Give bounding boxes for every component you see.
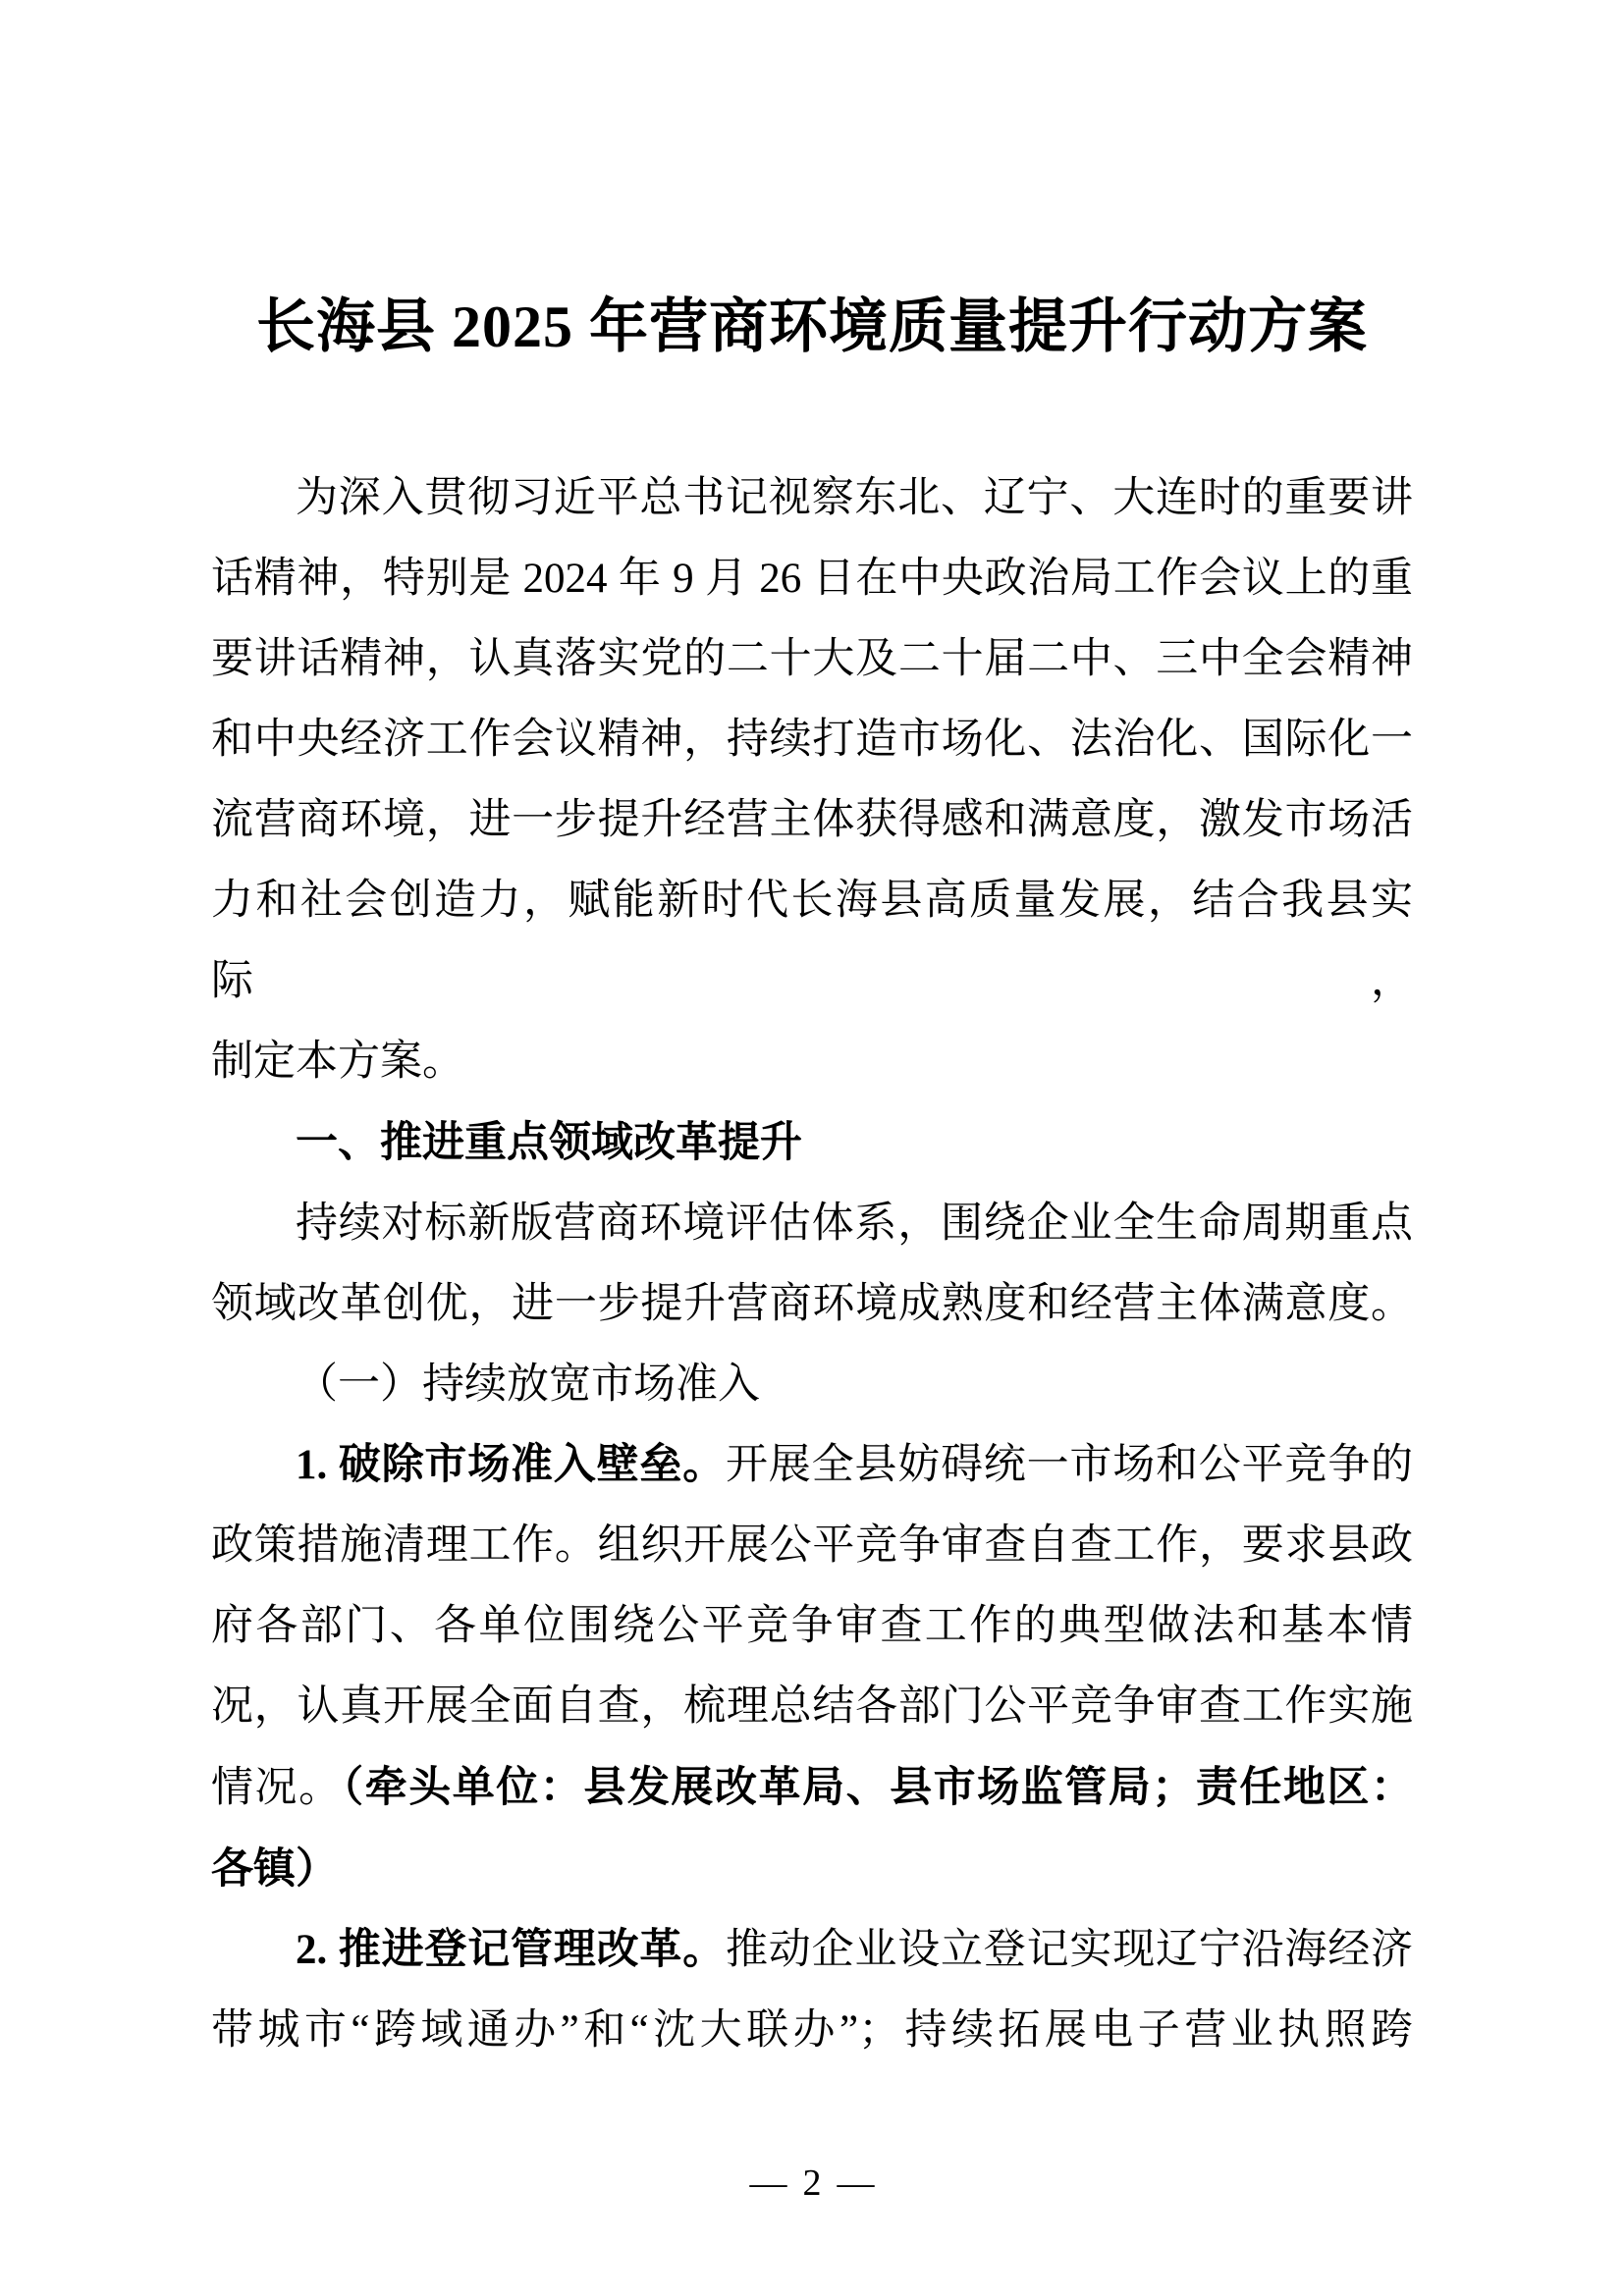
heading-subsection-1: （一）持续放宽市场准入 [211, 1345, 1413, 1425]
body-line-9: 持续对标新版营商环境评估体系，围绕企业全生命周期重点 [211, 1184, 1413, 1264]
text-segment-song: 话精神，特别是 2024 年 9 月 26 日在中央政治局工作会议上的重 [211, 556, 1413, 602]
body-line-18: 2. 推进登记管理改革。推动企业设立登记实现辽宁沿海经济 [211, 1910, 1413, 1991]
body-line-12: 1. 破除市场准入壁垒。开展全县妨碍统一市场和公平竞争的 [211, 1425, 1413, 1506]
body-line-19: 带城市“跨域通办”和“沈大联办”；持续拓展电子营业执照跨 [211, 1991, 1413, 2071]
document-body: 为深入贯彻习近平总书记视察东北、辽宁、大连时的重要讲话精神，特别是 2024 年… [211, 458, 1413, 2071]
text-segment-song: 情况。 [211, 1765, 343, 1811]
body-line-4: 和中央经济工作会议精神，持续打造市场化、法治化、国际化一 [211, 700, 1413, 780]
body-line-16: 情况。（牵头单位：县发展改革局、县市场监管局；责任地区： [211, 1747, 1413, 1829]
page-footer: —2— [211, 2162, 1413, 2205]
footer-dash-left: — [750, 2163, 787, 2204]
text-segment-song-bold: 1. 破除市场准入壁垒。 [296, 1442, 726, 1488]
body-line-13: 政策措施清理工作。组织开展公平竞争审查自查工作，要求县政 [211, 1506, 1413, 1586]
text-segment-song: 制定本方案。 [211, 1039, 464, 1085]
text-segment-kai: （一）持续放宽市场准入 [296, 1362, 760, 1408]
text-segment-song: 推动企业设立登记实现辽宁沿海经济 [726, 1927, 1413, 1973]
body-line-6: 力和社会创造力，赋能新时代长海县高质量发展，结合我县实际， [211, 861, 1413, 1022]
heading-section-1: 一、推进重点领域改革提升 [211, 1102, 1413, 1184]
text-segment-song: 况，认真开展全面自查，梳理总结各部门公平竞争审查工作实施 [211, 1683, 1413, 1730]
body-line-7: 制定本方案。 [211, 1022, 1413, 1102]
body-line-15: 况，认真开展全面自查，梳理总结各部门公平竞争审查工作实施 [211, 1667, 1413, 1747]
body-line-14: 府各部门、各单位围绕公平竞争审查工作的典型做法和基本情 [211, 1586, 1413, 1667]
text-segment-song: 流营商环境，进一步提升经营主体获得感和满意度，激发市场活 [211, 797, 1413, 843]
body-line-5: 流营商环境，进一步提升经营主体获得感和满意度，激发市场活 [211, 780, 1413, 861]
text-segment-song: 府各部门、各单位围绕公平竞争审查工作的典型做法和基本情 [211, 1603, 1413, 1649]
body-line-1: 为深入贯彻习近平总书记视察东北、辽宁、大连时的重要讲 [211, 458, 1413, 539]
text-segment-song: 带城市“跨域通办”和“沈大联办”；持续拓展电子营业执照跨 [211, 2007, 1413, 2054]
body-line-10: 领域改革创优，进一步提升营商环境成熟度和经营主体满意度。 [211, 1264, 1413, 1345]
text-segment-song: 政策措施清理工作。组织开展公平竞争审查自查工作，要求县政 [211, 1522, 1413, 1569]
footer-dash-right: — [838, 2163, 875, 2204]
text-segment-hei: 各镇） [211, 1845, 338, 1893]
document-title: 长海县 2025 年营商环境质量提升行动方案 [211, 292, 1413, 362]
text-segment-song-bold: 2. 推进登记管理改革。 [296, 1927, 726, 1973]
text-segment-song: 为深入贯彻习近平总书记视察东北、辽宁、大连时的重要讲 [296, 475, 1413, 521]
text-segment-hei: 一、推进重点领域改革提升 [296, 1119, 802, 1166]
text-segment-hei: （牵头单位：县发展改革局、县市场监管局；责任地区： [343, 1764, 1413, 1811]
text-segment-song: 开展全县妨碍统一市场和公平竞争的 [726, 1442, 1413, 1488]
body-line-17: 各镇） [211, 1829, 1413, 1910]
body-line-3: 要讲话精神，认真落实党的二十大及二十届二中、三中全会精神 [211, 619, 1413, 700]
text-segment-song: 力和社会创造力，赋能新时代长海县高质量发展，结合我县实际， [211, 878, 1413, 1004]
body-line-2: 话精神，特别是 2024 年 9 月 26 日在中央政治局工作会议上的重 [211, 539, 1413, 619]
text-segment-song: 和中央经济工作会议精神，持续打造市场化、法治化、国际化一 [211, 717, 1413, 763]
page-number: 2 [803, 2163, 822, 2204]
document-page: 长海县 2025 年营商环境质量提升行动方案 为深入贯彻习近平总书记视察东北、辽… [0, 0, 1624, 2296]
text-segment-song: 领域改革创优，进一步提升营商环境成熟度和经营主体满意度。 [211, 1281, 1413, 1327]
text-segment-song: 持续对标新版营商环境评估体系，围绕企业全生命周期重点 [296, 1201, 1413, 1247]
text-segment-song: 要讲话精神，认真落实党的二十大及二十届二中、三中全会精神 [211, 636, 1413, 682]
